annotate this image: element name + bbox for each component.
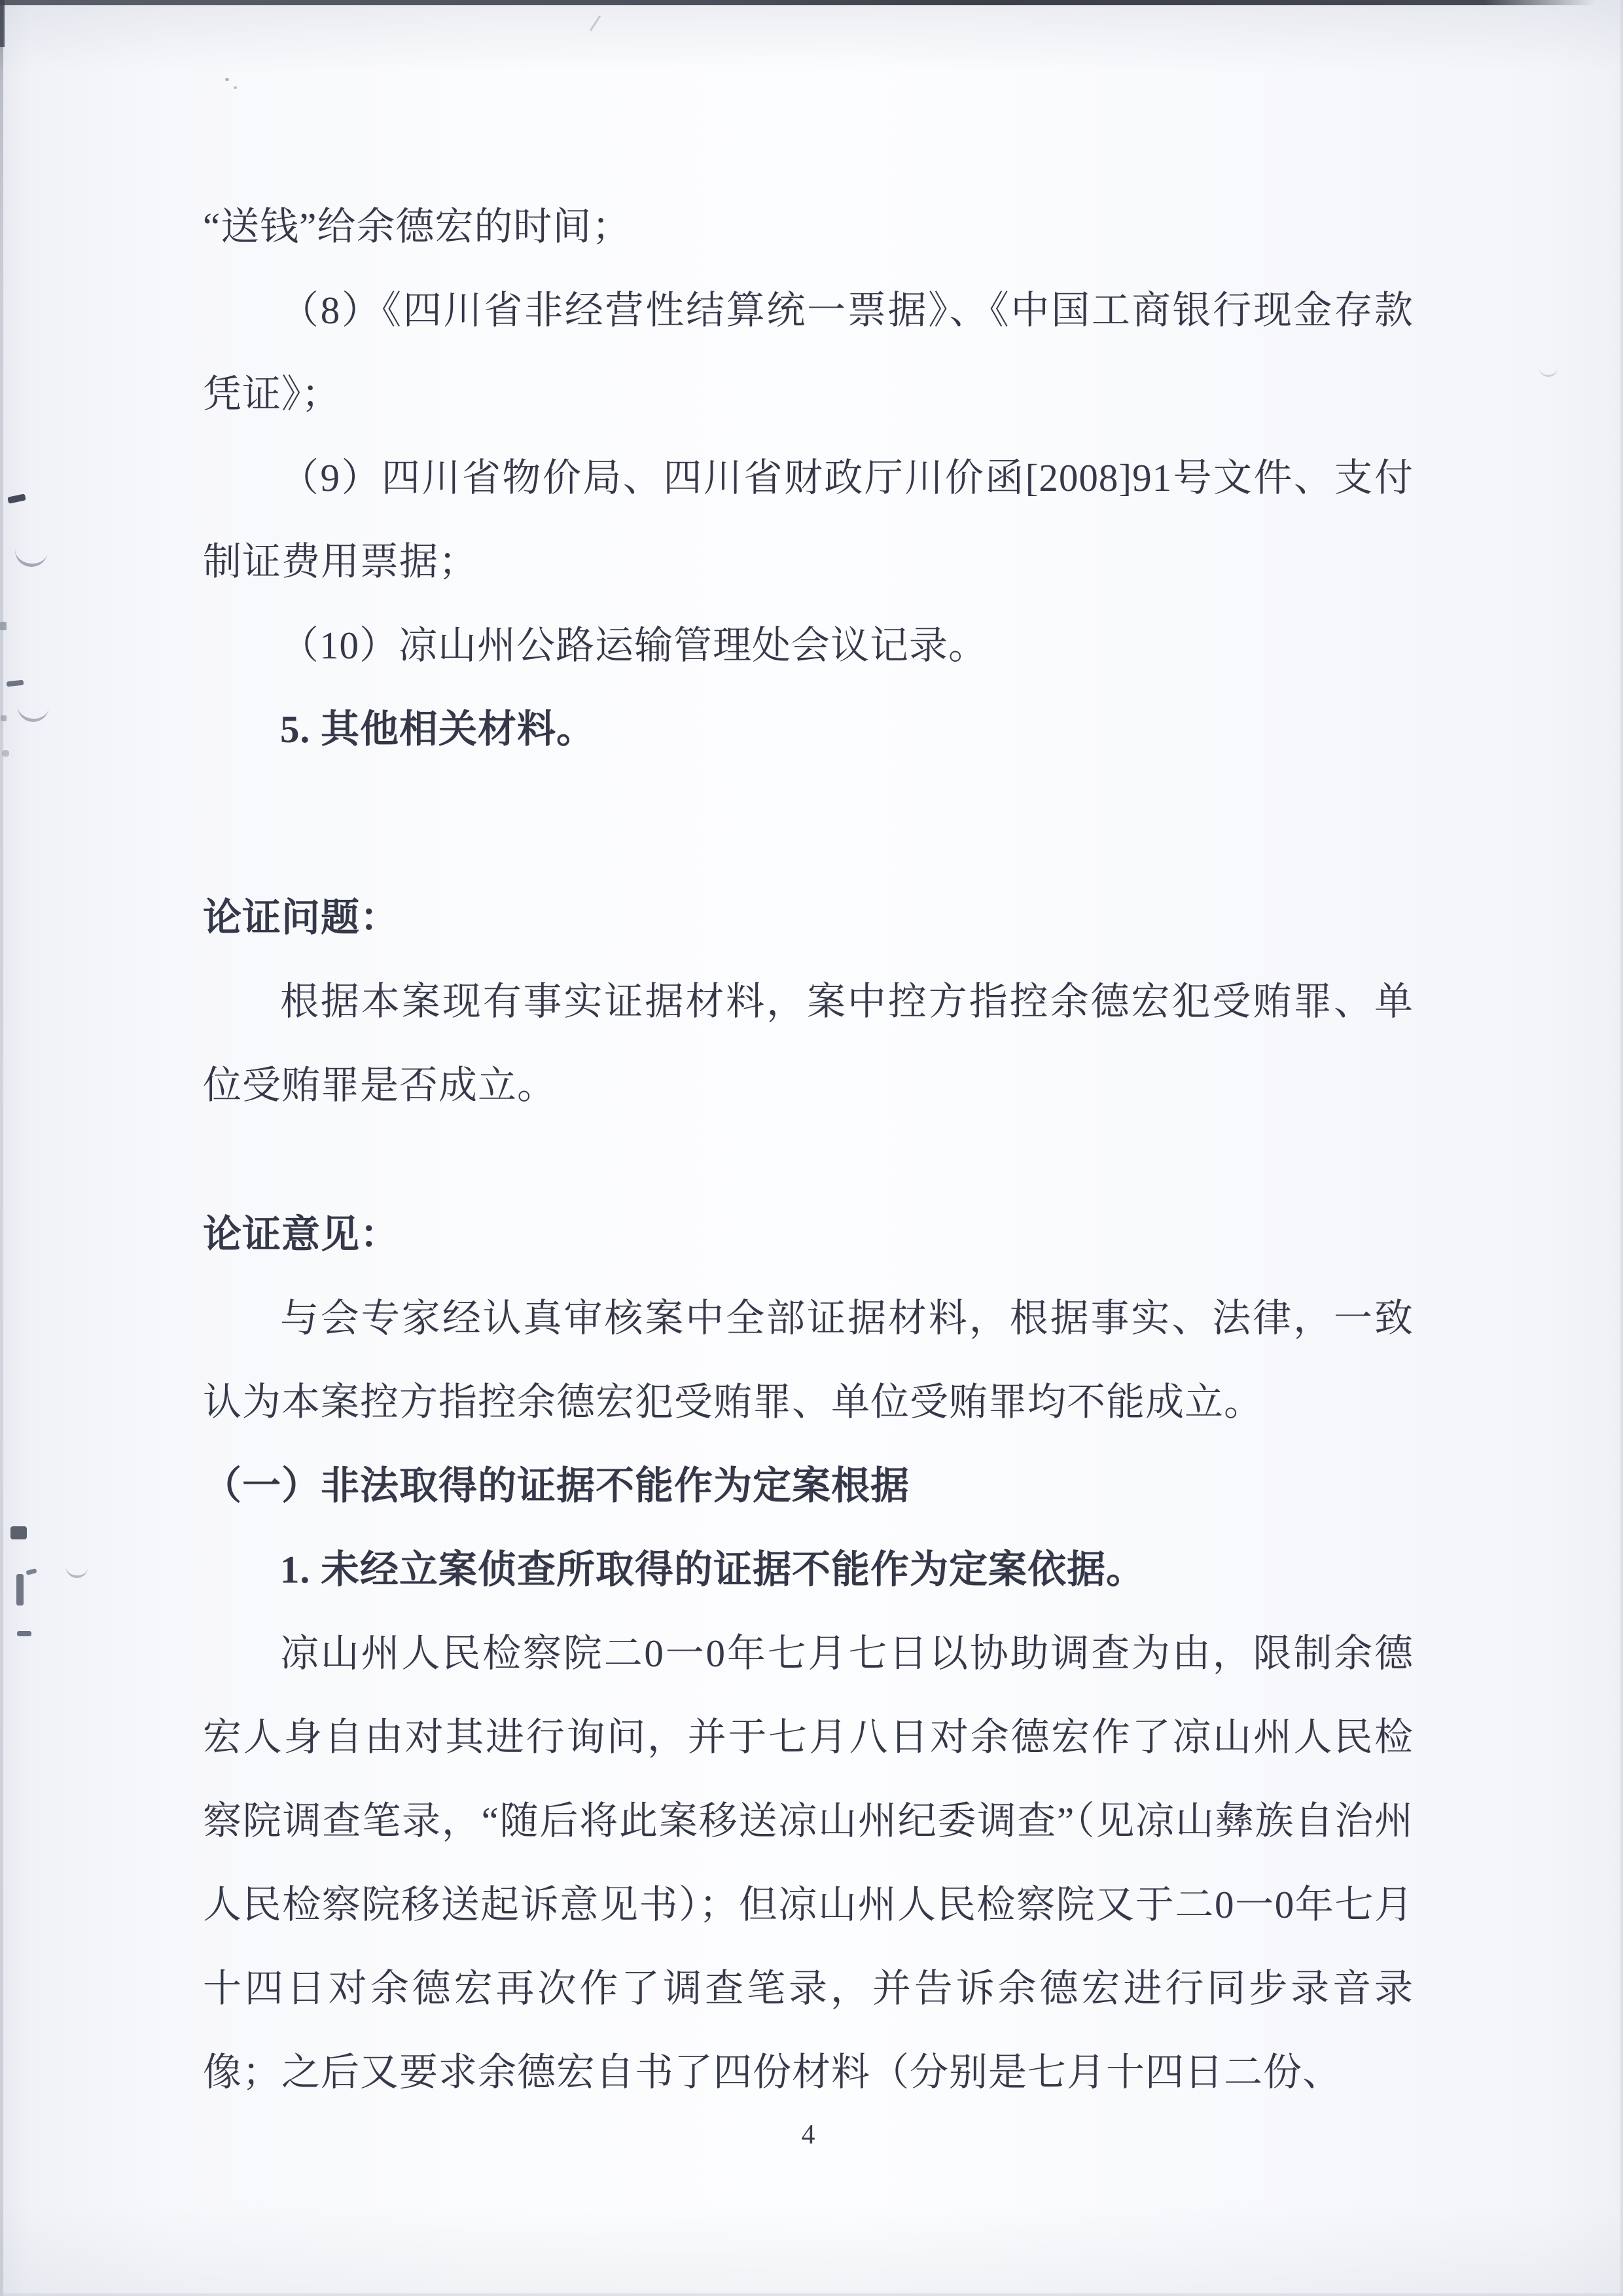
binding-mark <box>0 622 7 630</box>
evidence-list-item-5: 5. 其他相关材料。 <box>203 687 1414 771</box>
binding-mark <box>13 543 48 569</box>
section-heading-opinions: 论证意见： <box>203 1193 1414 1276</box>
body-continuation-line: “送钱”给余德宏的时间； <box>203 185 1414 268</box>
pen-smudge-mark <box>65 1565 88 1579</box>
sub-heading-point-1: 1. 未经立案侦查所取得的证据不能作为定案依据。 <box>203 1528 1414 1611</box>
binding-mark <box>16 1574 24 1605</box>
scan-speck <box>1539 368 1558 377</box>
binding-mark <box>7 680 24 687</box>
opinions-paragraph: 与会专家经认真审核案中全部证据材料，根据事实、法律，一致认为本案控方指控余德宏犯… <box>203 1276 1414 1444</box>
binding-mark <box>2 750 9 757</box>
evidence-list-item-8: （8）《四川省非经营性结算统一票据》、《中国工商银行现金存款凭证》； <box>203 268 1414 436</box>
binding-mark <box>16 700 50 723</box>
scan-left-edge-shadow <box>0 0 3 2296</box>
evidence-list-item-10: （10）凉山州公路运输管理处会议记录。 <box>203 603 1414 687</box>
document-body: “送钱”给余德宏的时间； （8）《四川省非经营性结算统一票据》、《中国工商银行现… <box>203 0 1414 2114</box>
binding-mark <box>1 715 7 721</box>
page-number: 4 <box>203 2119 1414 2151</box>
scan-bottom-edge-shadow <box>0 2293 1623 2296</box>
argument-paragraph: 凉山州人民检察院二0一0年七月七日以协助调查为由，限制余德宏人身自由对其进行询问… <box>203 1611 1414 2114</box>
evidence-list-item-9: （9）四川省物价局、四川省财政厅川价函[2008]91号文件、支付制证费用票据； <box>203 436 1414 603</box>
sub-heading-illegal-evidence: （一）非法取得的证据不能作为定案根据 <box>203 1444 1414 1528</box>
section-heading-issues: 论证问题： <box>203 876 1414 960</box>
binding-mark <box>10 1526 27 1539</box>
binding-mark <box>7 493 26 503</box>
binding-mark <box>26 1568 37 1575</box>
issues-paragraph: 根据本案现有事实证据材料，案中控方指控余德宏犯受贿罪、单位受贿罪是否成立。 <box>203 960 1414 1127</box>
scan-right-edge-shadow <box>1620 0 1623 2296</box>
binding-mark <box>17 1631 31 1636</box>
scan-corner-shadow <box>0 0 5 47</box>
scanned-document-page: “送钱”给余德宏的时间； （8）《四川省非经营性结算统一票据》、《中国工商银行现… <box>0 0 1623 2296</box>
